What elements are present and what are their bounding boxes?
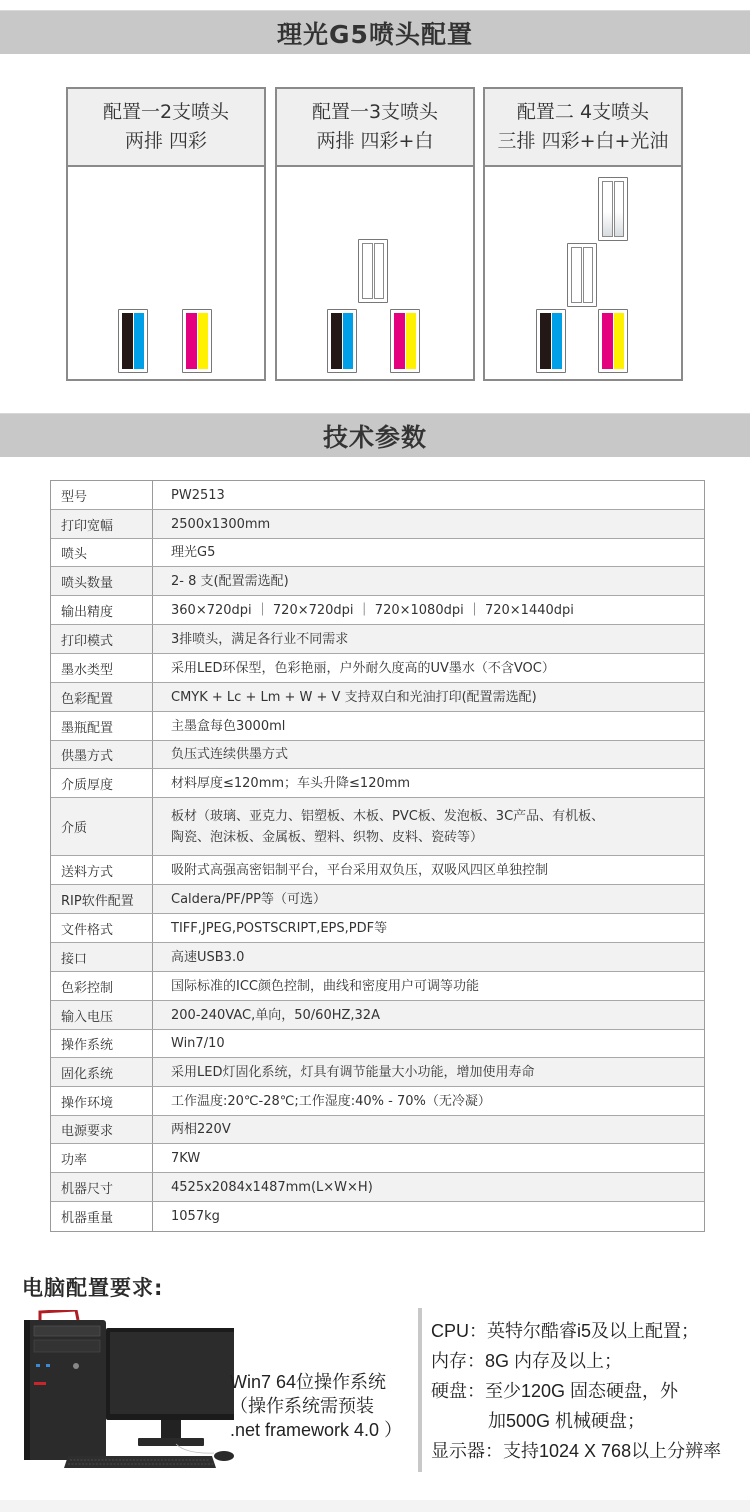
spec-label: 墨水类型: [51, 654, 153, 682]
spec-value: 2500x1300mm: [153, 510, 704, 538]
config-card-header: 配置一2支喷头 两排 四彩: [68, 89, 264, 167]
nozzle-my-icon: [182, 309, 212, 373]
nozzle-my-icon: [390, 309, 420, 373]
spec-label: 机器重量: [51, 1202, 153, 1231]
spec-value: TIFF,JPEG,POSTSCRIPT,EPS,PDF等: [153, 914, 704, 942]
spec-label: 打印模式: [51, 625, 153, 653]
spec-value: 材料厚度≤120mm；车头升降≤120mm: [153, 769, 704, 797]
spec-value: 4525x2084x1487mm(L×W×H): [153, 1173, 704, 1201]
config-card-3-heads: 配置一3支喷头 两排 四彩+白: [275, 87, 475, 381]
requirement-memory: 内存：8G 内存及以上；: [431, 1346, 721, 1376]
nozzle-kc-icon: [327, 309, 357, 373]
spec-value: 负压式连续供墨方式: [153, 741, 704, 768]
table-row: 墨水类型采用LED环保型，色彩艳丽，户外耐久度高的UV墨水（不含VOC）: [51, 654, 704, 683]
nozzle-varnish-icon: [598, 177, 628, 241]
spec-value: 7KW: [153, 1144, 704, 1172]
spec-label: 色彩控制: [51, 972, 153, 1000]
spec-value: 采用LED环保型，色彩艳丽，户外耐久度高的UV墨水（不含VOC）: [153, 654, 704, 682]
nozzle-layout: [485, 167, 681, 379]
spec-label: 喷头数量: [51, 567, 153, 595]
table-row: 输出精度360×720dpi ｜ 720×720dpi ｜ 720×1080dp…: [51, 596, 704, 625]
spec-label: 供墨方式: [51, 741, 153, 768]
table-row: 喷头数量2- 8 支(配置需选配): [51, 567, 704, 596]
table-row: 机器尺寸4525x2084x1487mm(L×W×H): [51, 1173, 704, 1202]
spec-table: 型号PW2513 打印宽幅2500x1300mm 喷头理光G5 喷头数量2- 8…: [50, 480, 705, 1232]
table-row: 介质厚度材料厚度≤120mm；车头升降≤120mm: [51, 769, 704, 798]
nozzle-layout: [277, 167, 473, 379]
spec-label: 喷头: [51, 539, 153, 566]
spec-label: 墨瓶配置: [51, 712, 153, 740]
nozzle-white-icon: [567, 243, 597, 307]
table-row: 打印宽幅2500x1300mm: [51, 510, 704, 539]
spec-label: 文件格式: [51, 914, 153, 942]
pc-requirements-title: 电脑配置要求:: [22, 1272, 163, 1302]
spec-label: 输入电压: [51, 1001, 153, 1029]
config-card-title: 配置一3支喷头: [312, 98, 438, 127]
config-card-subtitle: 两排 四彩: [125, 127, 207, 156]
requirement-disk-continued: 加500G 机械硬盘；: [431, 1406, 721, 1436]
spec-label: RIP软件配置: [51, 885, 153, 913]
spec-value: 高速USB3.0: [153, 943, 704, 971]
table-row: 接口高速USB3.0: [51, 943, 704, 972]
config-card-header: 配置二 4支喷头 三排 四彩+白+光油: [485, 89, 681, 167]
config-section-banner: 理光G5喷头配置: [0, 10, 750, 54]
requirement-disk: 硬盘：至少120G 固态硬盘，外: [431, 1376, 721, 1406]
spec-label: 操作环境: [51, 1087, 153, 1115]
os-line: Win7 64位操作系统: [230, 1370, 402, 1394]
config-card-title: 配置二 4支喷头: [517, 98, 649, 127]
spec-label: 送料方式: [51, 856, 153, 884]
spec-label: 机器尺寸: [51, 1173, 153, 1201]
spec-value: 1057kg: [153, 1202, 704, 1231]
spec-value: 3排喷头，满足各行业不同需求: [153, 625, 704, 653]
spec-label: 电源要求: [51, 1116, 153, 1143]
nozzle-layout: [68, 167, 264, 379]
specs-section-title: 技术参数: [323, 418, 427, 454]
table-row: 操作环境工作温度:20℃-28℃;工作湿度:40% - 70%（无冷凝）: [51, 1087, 704, 1116]
spec-value: 两相220V: [153, 1116, 704, 1143]
spec-label: 输出精度: [51, 596, 153, 624]
spec-label: 固化系统: [51, 1058, 153, 1086]
config-section-title: 理光G5喷头配置: [277, 15, 473, 51]
table-row: RIP软件配置Caldera/PF/PP等（可选）: [51, 885, 704, 914]
config-card-subtitle: 三排 四彩+白+光油: [498, 127, 669, 156]
config-card-header: 配置一3支喷头 两排 四彩+白: [277, 89, 473, 167]
spec-value: 板材（玻璃、亚克力、铝塑板、木板、PVC板、发泡板、3C产品、有机板、 陶瓷、泡…: [153, 798, 704, 855]
config-card-2-heads: 配置一2支喷头 两排 四彩: [66, 87, 266, 381]
requirement-cpu: CPU：英特尔酷睿i5及以上配置；: [431, 1316, 721, 1346]
spec-label: 打印宽幅: [51, 510, 153, 538]
spec-value: 200-240VAC,单向，50/60HZ,32A: [153, 1001, 704, 1029]
spec-value: 360×720dpi ｜ 720×720dpi ｜ 720×1080dpi ｜ …: [153, 596, 704, 624]
spec-label: 操作系统: [51, 1030, 153, 1057]
requirement-display: 显示器：支持1024 X 768以上分辨率: [431, 1436, 721, 1466]
table-row: 电源要求两相220V: [51, 1116, 704, 1144]
table-row: 机器重量1057kg: [51, 1202, 704, 1231]
footer-strip: [0, 1500, 750, 1512]
spec-label: 功率: [51, 1144, 153, 1172]
table-row: 操作系统Win7/10: [51, 1030, 704, 1058]
table-row: 送料方式吸附式高强高密铝制平台，平台采用双负压，双吸风四区单独控制: [51, 856, 704, 885]
hardware-requirements-list: CPU：英特尔酷睿i5及以上配置； 内存：8G 内存及以上； 硬盘：至少120G…: [431, 1316, 721, 1466]
table-row: 色彩配置CMYK + Lc + Lm + W + V 支持双白和光油打印(配置需…: [51, 683, 704, 712]
nozzle-white-icon: [358, 239, 388, 303]
spec-label: 型号: [51, 481, 153, 509]
table-row: 喷头理光G5: [51, 539, 704, 567]
nozzle-kc-icon: [118, 309, 148, 373]
os-requirement: Win7 64位操作系统 （操作系统需预装 .net framework 4.0…: [230, 1370, 402, 1442]
table-row: 打印模式3排喷头，满足各行业不同需求: [51, 625, 704, 654]
specs-section-banner: 技术参数: [0, 413, 750, 457]
spec-label: 色彩配置: [51, 683, 153, 711]
nozzle-my-icon: [598, 309, 628, 373]
os-line: .net framework 4.0 ）: [230, 1418, 402, 1442]
spec-value: 吸附式高强高密铝制平台，平台采用双负压，双吸风四区单独控制: [153, 856, 704, 884]
config-card-4-heads: 配置二 4支喷头 三排 四彩+白+光油: [483, 87, 683, 381]
vertical-divider: [418, 1308, 422, 1472]
spec-label: 接口: [51, 943, 153, 971]
spec-value: 国际标准的ICC颜色控制，曲线和密度用户可调等功能: [153, 972, 704, 1000]
spec-label: 介质: [51, 798, 153, 855]
spec-value: PW2513: [153, 481, 704, 509]
table-row: 固化系统采用LED灯固化系统，灯具有调节能量大小功能，增加使用寿命: [51, 1058, 704, 1087]
spec-value: Caldera/PF/PP等（可选）: [153, 885, 704, 913]
spec-value: CMYK + Lc + Lm + W + V 支持双白和光油打印(配置需选配): [153, 683, 704, 711]
spec-label: 介质厚度: [51, 769, 153, 797]
config-card-subtitle: 两排 四彩+白: [317, 127, 434, 156]
table-row: 供墨方式负压式连续供墨方式: [51, 741, 704, 769]
table-row: 文件格式TIFF,JPEG,POSTSCRIPT,EPS,PDF等: [51, 914, 704, 943]
table-row: 墨瓶配置主墨盒每色3000ml: [51, 712, 704, 741]
spec-value: 理光G5: [153, 539, 704, 566]
spec-value: Win7/10: [153, 1030, 704, 1057]
spec-value: 2- 8 支(配置需选配): [153, 567, 704, 595]
os-line: （操作系统需预装: [230, 1394, 402, 1418]
table-row: 功率7KW: [51, 1144, 704, 1173]
nozzle-kc-icon: [536, 309, 566, 373]
table-row: 输入电压200-240VAC,单向，50/60HZ,32A: [51, 1001, 704, 1030]
table-row: 介质板材（玻璃、亚克力、铝塑板、木板、PVC板、发泡板、3C产品、有机板、 陶瓷…: [51, 798, 704, 856]
nozzle-config-cards: 配置一2支喷头 两排 四彩 配置一3支喷头 两排 四彩+白: [66, 87, 685, 381]
config-card-title: 配置一2支喷头: [103, 98, 229, 127]
spec-value: 采用LED灯固化系统，灯具有调节能量大小功能，增加使用寿命: [153, 1058, 704, 1086]
spec-value: 主墨盒每色3000ml: [153, 712, 704, 740]
desktop-computer-icon: [16, 1310, 234, 1470]
table-row: 色彩控制国际标准的ICC颜色控制，曲线和密度用户可调等功能: [51, 972, 704, 1001]
spec-value: 工作温度:20℃-28℃;工作湿度:40% - 70%（无冷凝）: [153, 1087, 704, 1115]
table-row: 型号PW2513: [51, 481, 704, 510]
